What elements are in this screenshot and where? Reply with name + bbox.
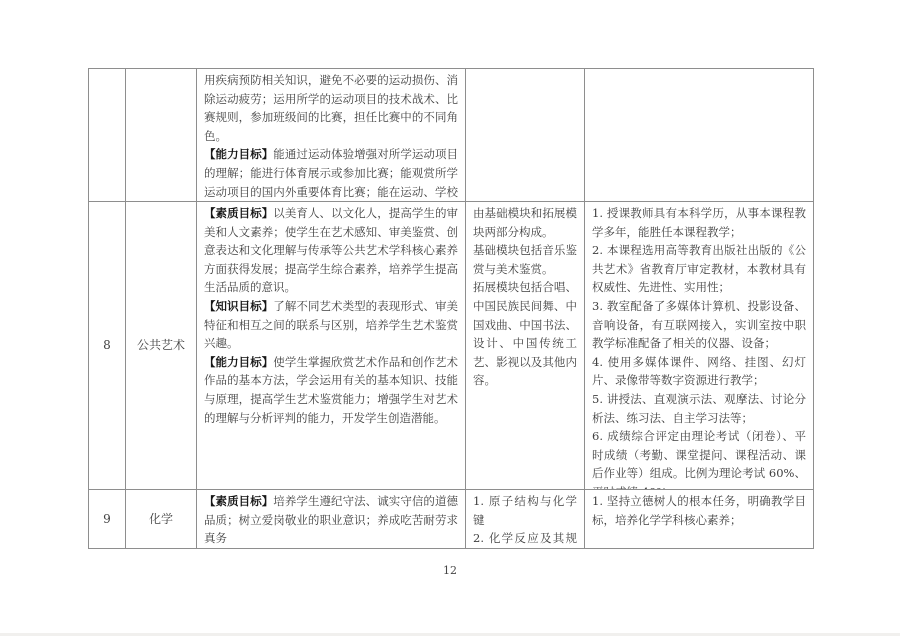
subject-name: 公共艺术 (137, 338, 185, 352)
objective-paragraph: 【知识目标】了解不同艺术类型的表现形式、审美特征和相互之间的联系与区别，培养学生… (204, 297, 458, 353)
row-number: 9 (103, 512, 111, 526)
objectives-cell: 【素质目标】以美育人、以文化人，提高学生的审美和人文素养；使学生在艺术感知、审美… (197, 202, 466, 490)
subject-name: 化学 (149, 512, 173, 526)
subject-cell (126, 69, 197, 202)
objective-label: 【能力目标】 (204, 355, 273, 369)
requirement-item: 6. 成绩综合评定由理论考试（闭卷）、平时成绩（考勤、课堂提问、课程活动、课后作… (592, 427, 806, 489)
module-line: 拓展模块包括合唱、中国民族民间舞、中国戏曲、中国书法、设计、中国传统工艺、影视以… (473, 278, 577, 390)
table-row-public-art: 8 公共艺术 【素质目标】以美育人、以文化人，提高学生的审美和人文素养；使学生在… (89, 202, 814, 490)
row-number-cell (89, 69, 126, 202)
row-number-cell: 8 (89, 202, 126, 490)
objective-label: 【知识目标】 (204, 299, 273, 313)
objective-label: 【能力目标】 (204, 147, 273, 161)
requirement-item: 5. 讲授法、直观演示法、观摩法、讨论分析法、练习法、自主学习法等； (592, 390, 806, 427)
module-line: 基础模块包括音乐鉴赏与美术鉴赏。 (473, 241, 577, 278)
table-row-chemistry: 9 化学 【素质目标】培养学生遵纪守法、诚实守信的道德品质；树立爱岗敬业的职业意… (89, 490, 814, 549)
row-number: 8 (103, 338, 111, 352)
objective-paragraph: 【能力目标】使学生掌握欣赏艺术作品和创作艺术作品的基本方法，学会运用有关的基本知… (204, 353, 458, 427)
objective-text: 用疾病预防相关知识，避免不必要的运动损伤、消除运动疲劳；运用所学的运动项目的技术… (204, 73, 458, 143)
modules-cell: 由基础模块和拓展模块两部分构成。 基础模块包括音乐鉴赏与美术鉴赏。 拓展模块包括… (466, 202, 585, 490)
requirements-cell: 1. 坚持立德树人的根本任务，明确教学目标，培养化学学科核心素养； (585, 490, 814, 549)
document-page: 用疾病预防相关知识，避免不必要的运动损伤、消除运动疲劳；运用所学的运动项目的技术… (0, 0, 900, 636)
requirements-cell: 1. 授课教师具有本科学历，从事本课程教学多年，能胜任本课程教学； 2. 本课程… (585, 202, 814, 490)
objective-label: 【素质目标】 (204, 494, 273, 508)
modules-cell: 1. 原子结构与化学键 2. 化学反应及其规律 (466, 490, 585, 549)
module-line: 由基础模块和拓展模块两部分构成。 (473, 204, 577, 241)
modules-cell (466, 69, 585, 202)
requirement-item: 2. 本课程选用高等教育出版社出版的《公共艺术》省教育厅审定教材，本教材具有权威… (592, 241, 806, 297)
module-line: 2. 化学反应及其规律 (473, 529, 577, 548)
requirement-item: 4. 使用多媒体课件、网络、挂图、幻灯片、录像带等数字资源进行教学； (592, 353, 806, 390)
course-table: 用疾病预防相关知识，避免不必要的运动损伤、消除运动疲劳；运用所学的运动项目的技术… (88, 68, 814, 549)
objectives-cell: 【素质目标】培养学生遵纪守法、诚实守信的道德品质；树立爱岗敬业的职业意识；养成吃… (197, 490, 466, 549)
subject-cell: 化学 (126, 490, 197, 549)
module-line: 1. 原子结构与化学键 (473, 492, 577, 529)
objective-paragraph: 【素质目标】以美育人、以文化人，提高学生的审美和人文素养；使学生在艺术感知、审美… (204, 204, 458, 297)
subject-cell: 公共艺术 (126, 202, 197, 490)
table-row-continuation: 用疾病预防相关知识，避免不必要的运动损伤、消除运动疲劳；运用所学的运动项目的技术… (89, 69, 814, 202)
page-number: 12 (0, 564, 900, 577)
requirement-item: 3. 教室配备了多媒体计算机、投影设备、音响设备，有互联网接入，实训室按中职教学… (592, 297, 806, 353)
objective-paragraph: 【素质目标】培养学生遵纪守法、诚实守信的道德品质；树立爱岗敬业的职业意识；养成吃… (204, 492, 458, 548)
objective-label: 【素质目标】 (204, 206, 273, 220)
objectives-cell: 用疾病预防相关知识，避免不必要的运动损伤、消除运动疲劳；运用所学的运动项目的技术… (197, 69, 466, 202)
objective-paragraph: 用疾病预防相关知识，避免不必要的运动损伤、消除运动疲劳；运用所学的运动项目的技术… (204, 71, 458, 145)
objective-paragraph: 【能力目标】能通过运动体验增强对所学运动项目的理解；能进行体育展示或参加比赛；能… (204, 145, 458, 201)
requirements-cell (585, 69, 814, 202)
requirement-item: 1. 坚持立德树人的根本任务，明确教学目标，培养化学学科核心素养； (592, 492, 806, 529)
row-number-cell: 9 (89, 490, 126, 549)
requirement-item: 1. 授课教师具有本科学历，从事本课程教学多年，能胜任本课程教学； (592, 204, 806, 241)
